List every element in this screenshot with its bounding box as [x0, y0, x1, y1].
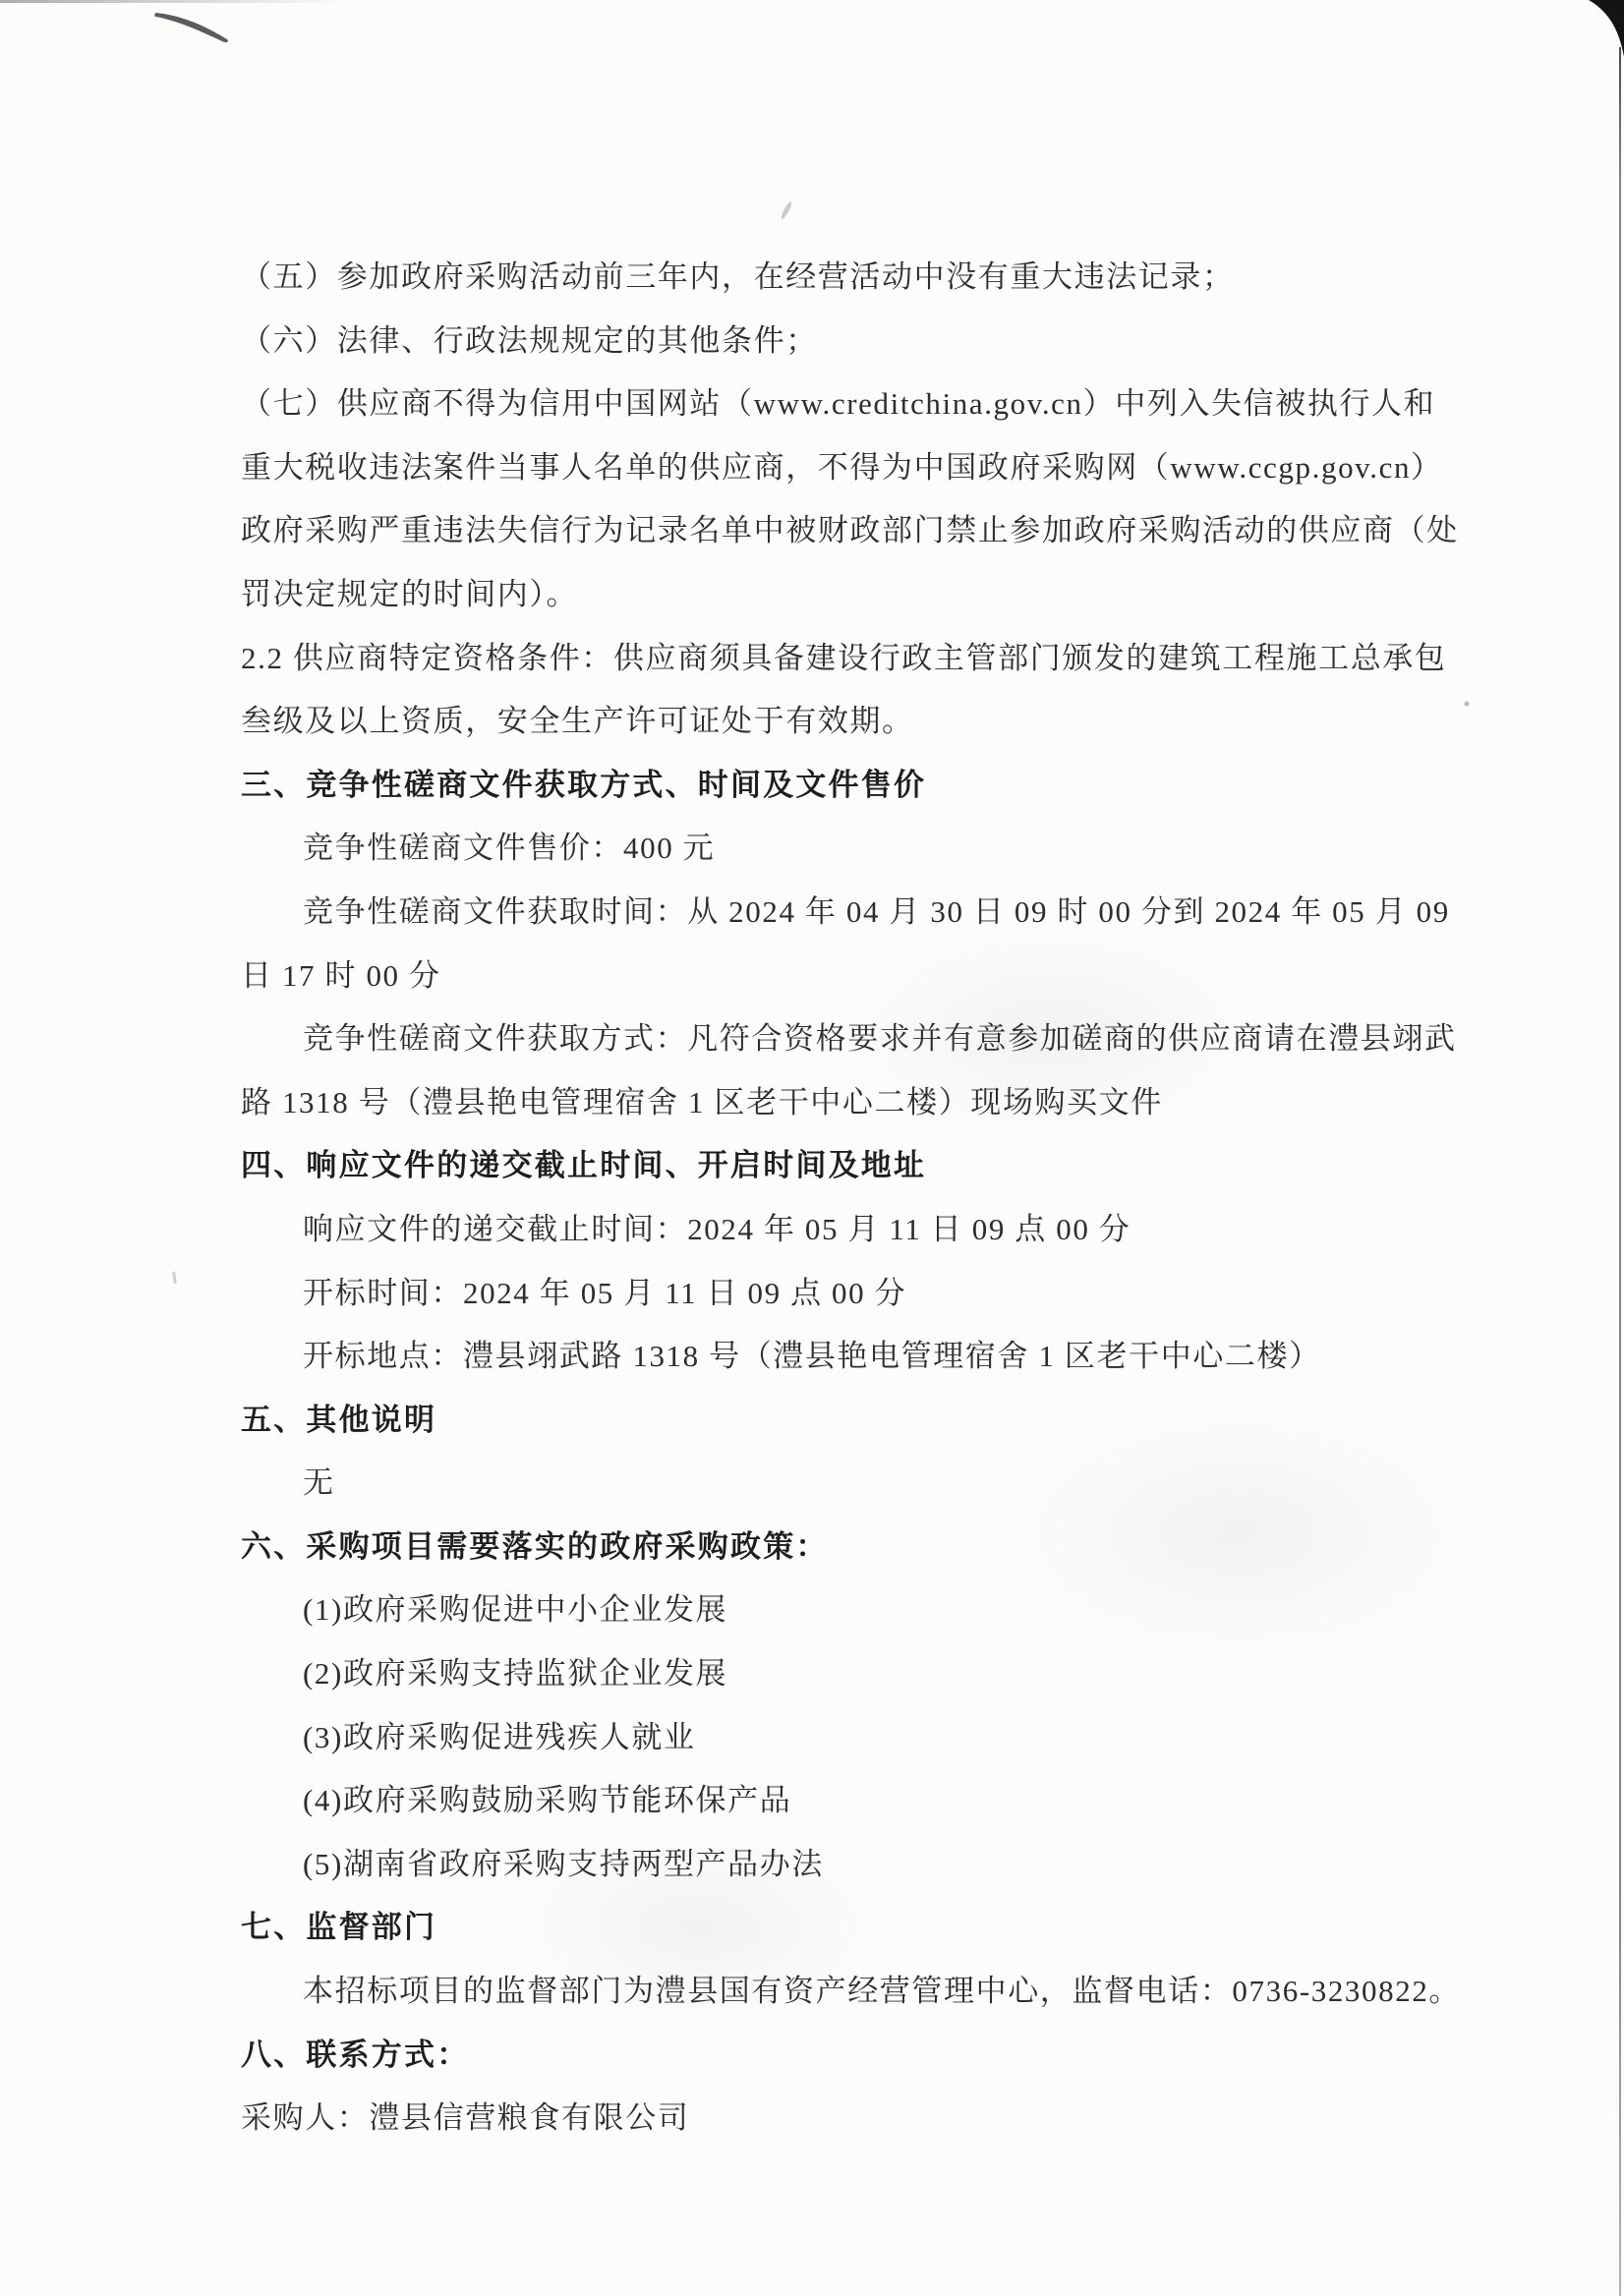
- doc-line: 无: [0, 1465, 1624, 1529]
- clause-continuation: 重大税收违法案件当事人名单的供应商，不得为中国政府采购网（www.ccgp.go…: [0, 450, 1624, 514]
- document-body: （五）参加政府采购活动前三年内，在经营活动中没有重大违法记录； （六）法律、行政…: [0, 259, 1624, 2164]
- clause-item: （七）供应商不得为信用中国网站（www.creditchina.gov.cn）中…: [0, 386, 1624, 450]
- doc-line: 竞争性磋商文件售价：400 元: [0, 831, 1624, 894]
- clause-item: 2.2 供应商特定资格条件：供应商须具备建设行政主管部门颁发的建筑工程施工总承包: [0, 641, 1624, 705]
- clause-continuation: 叁级及以上资质，安全生产许可证处于有效期。: [0, 704, 1624, 768]
- scan-speck: [780, 201, 793, 220]
- section-heading-four: 四、响应文件的递交截止时间、开启时间及地址: [0, 1148, 1624, 1212]
- doc-line: 响应文件的递交截止时间：2024 年 05 月 11 日 09 点 00 分: [0, 1212, 1624, 1276]
- pen-mark: [154, 13, 228, 42]
- section-heading-seven: 七、监督部门: [0, 1910, 1624, 1974]
- policy-item: (5)湖南省政府采购支持两型产品办法: [0, 1847, 1624, 1911]
- clause-continuation: 政府采购严重违法失信行为记录名单中被财政部门禁止参加政府采购活动的供应商（处: [0, 513, 1624, 577]
- doc-line-continuation: 路 1318 号（澧县艳电管理宿舍 1 区老干中心二楼）现场购买文件: [0, 1085, 1624, 1149]
- doc-line: 本招标项目的监督部门为澧县国有资产经营管理中心，监督电话：0736-323082…: [0, 1974, 1624, 2038]
- doc-line: 开标地点：澧县翊武路 1318 号（澧县艳电管理宿舍 1 区老干中心二楼）: [0, 1339, 1624, 1403]
- policy-item: (4)政府采购鼓励采购节能环保产品: [0, 1783, 1624, 1847]
- doc-line: 开标时间：2024 年 05 月 11 日 09 点 00 分: [0, 1276, 1624, 1340]
- section-heading-six: 六、采购项目需要落实的政府采购政策：: [0, 1529, 1624, 1593]
- section-heading-three: 三、竞争性磋商文件获取方式、时间及文件售价: [0, 768, 1624, 832]
- scan-top-edge: [0, 0, 349, 3]
- contact-line: 采购人：澧县信营粮食有限公司: [0, 2100, 1624, 2164]
- section-heading-five: 五、其他说明: [0, 1403, 1624, 1466]
- clause-item: （五）参加政府采购活动前三年内，在经营活动中没有重大违法记录；: [0, 259, 1624, 323]
- doc-line-continuation: 日 17 时 00 分: [0, 958, 1624, 1022]
- section-heading-eight: 八、联系方式：: [0, 2038, 1624, 2101]
- doc-line: 竞争性磋商文件获取方式：凡符合资格要求并有意参加磋商的供应商请在澧县翊武: [0, 1021, 1624, 1085]
- doc-line: 竞争性磋商文件获取时间：从 2024 年 04 月 30 日 09 时 00 分…: [0, 894, 1624, 958]
- scanned-document-page: （五）参加政府采购活动前三年内，在经营活动中没有重大违法记录； （六）法律、行政…: [0, 0, 1624, 2296]
- clause-item: （六）法律、行政法规规定的其他条件；: [0, 323, 1624, 387]
- policy-item: (1)政府采购促进中小企业发展: [0, 1592, 1624, 1656]
- policy-item: (2)政府采购支持监狱企业发展: [0, 1656, 1624, 1720]
- policy-item: (3)政府采购促进残疾人就业: [0, 1720, 1624, 1784]
- scan-edge-line: [1619, 47, 1621, 2296]
- clause-continuation: 罚决定规定的时间内）。: [0, 577, 1624, 641]
